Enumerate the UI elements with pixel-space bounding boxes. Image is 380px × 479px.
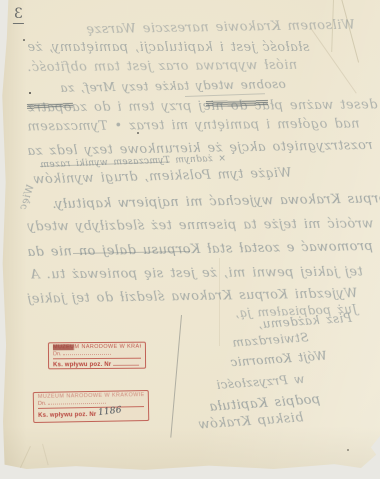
fold-crease bbox=[42, 444, 49, 466]
handwriting-line: Wójt Komornic bbox=[230, 349, 328, 370]
fold-crease bbox=[17, 446, 31, 474]
stamp-date-line: Dn. bbox=[53, 350, 141, 358]
handwriting-line: Więc bbox=[18, 183, 37, 212]
page-number-mark: 3 bbox=[13, 6, 24, 24]
ink-stroke bbox=[206, 100, 268, 107]
handwriting-line: wrócić mi tejże ta pisemne też śledziłyb… bbox=[27, 216, 373, 234]
handwriting-line: Stwierdzam bbox=[232, 330, 309, 349]
paper-speck bbox=[347, 449, 349, 451]
accession-stamp-2: MUZEUM NARODOWE W KRAKOWIE Dn. Ks. wpływ… bbox=[33, 390, 150, 423]
handwriting-line: podpis Kapituła bbox=[209, 392, 321, 415]
paper-speck bbox=[23, 39, 25, 41]
scanned-document: 3 Wilsonem Krakowie nareszcie Warszęsłał… bbox=[0, 0, 380, 479]
handwriting-line: nad ogółem i pamiętny mi teraz • Tymczas… bbox=[27, 117, 360, 135]
stamp-register-line: Ks. wpływu poz. Nr 1186 bbox=[38, 408, 144, 420]
handwriting-line: niósł wyprawa oraz jest tam obfitość. bbox=[27, 58, 297, 75]
handwritten-vertical-rule bbox=[170, 315, 182, 438]
handwriting-line: tej jakiej pewni mi, że jest się poniewa… bbox=[30, 265, 363, 283]
document-page: 3 Wilsonem Krakowie nareszcie Warszęsłał… bbox=[0, 0, 380, 479]
accession-stamp-1: MUZEUM NARODOWE W KRAKOWIE Dn. Ks. wpływ… bbox=[48, 342, 146, 370]
ink-stroke bbox=[185, 93, 265, 97]
handwriting-line: w Przyszłości bbox=[216, 372, 305, 392]
fold-crease bbox=[310, 27, 357, 93]
handwriting-line: słałość jest i kapitulacji, pamiętamy, ż… bbox=[27, 40, 310, 55]
paper-speck bbox=[29, 92, 31, 94]
stamp-entry-number: 1186 bbox=[98, 405, 123, 418]
handwriting-line: osobne wtedy także tezy Mref, za bbox=[60, 77, 286, 95]
handwriting-line: promować e został stał Korpusu dalej on … bbox=[27, 239, 373, 260]
handwriting-line: deset ważne płac do niej przy tem i do z… bbox=[27, 97, 378, 115]
stamp-register-line: Ks. wpływu poz. Nr bbox=[53, 360, 141, 369]
handwriting-line: o Korpus Krakowa wyjechać mi najpierw ka… bbox=[52, 191, 380, 212]
